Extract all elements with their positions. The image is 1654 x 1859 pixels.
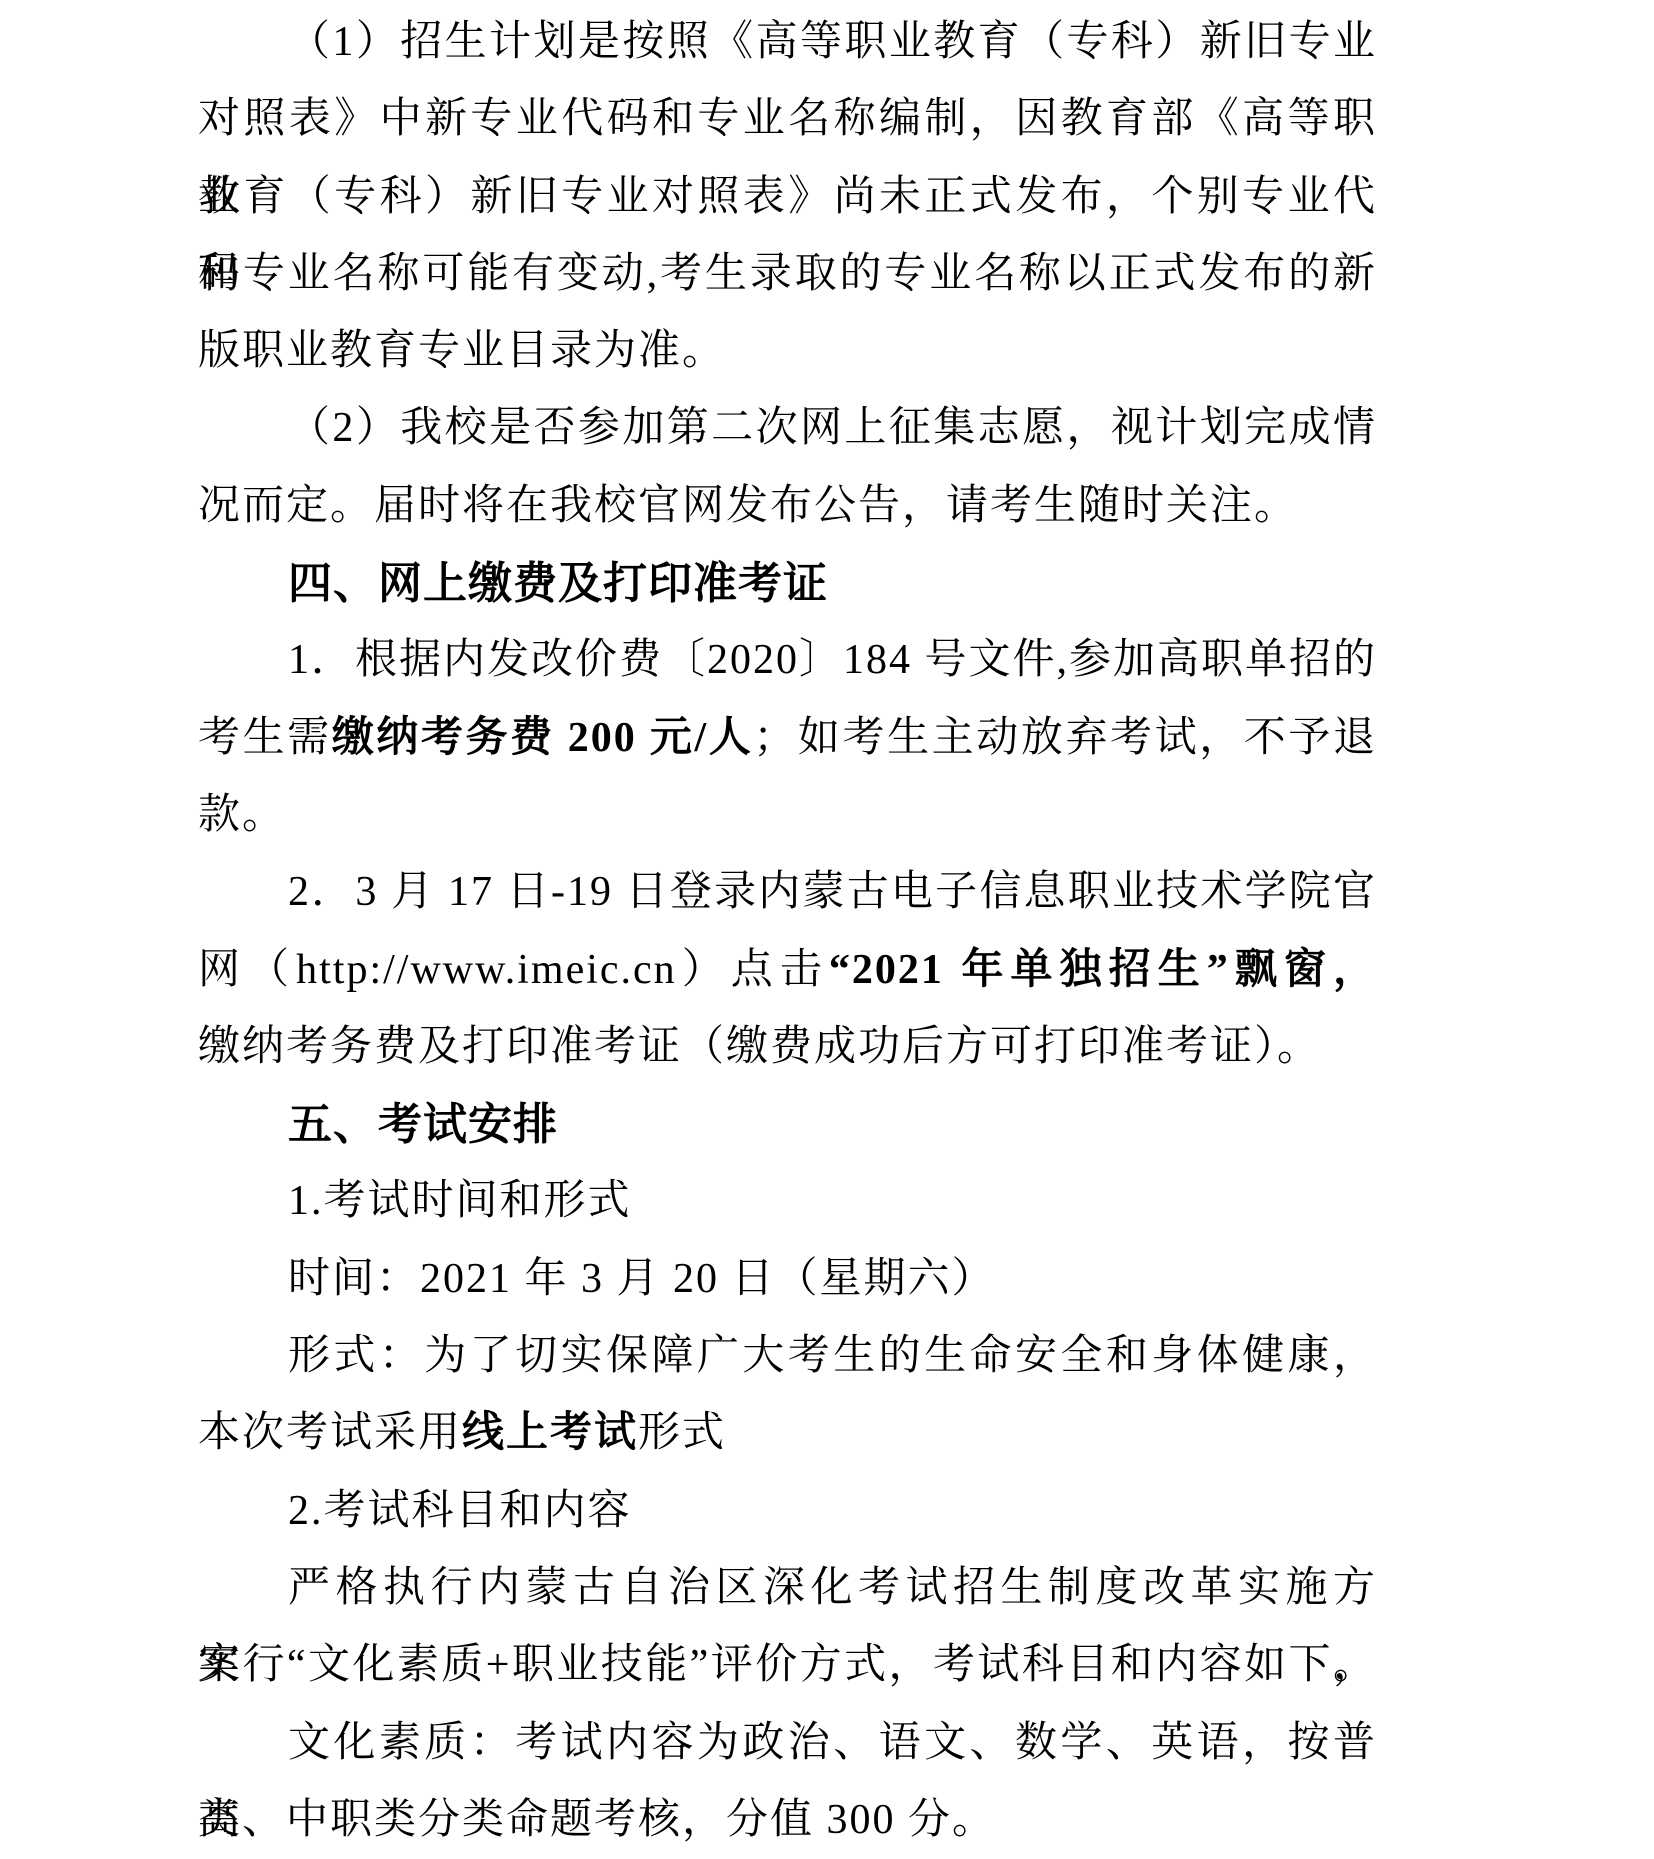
para2-line1: （2）我校是否参加第二次网上征集志愿，视计划完成情 [198, 390, 1377, 467]
para1-line4: 和专业名称可能有变动,考生录取的专业名称以正式发布的新 [198, 236, 1377, 313]
bold-text-segment: “2021 年单独招生”飘窗， [829, 947, 1377, 993]
para1-line3: 教育（专科）新旧专业对照表》尚未正式发布，个别专业代码 [198, 159, 1377, 236]
text-segment: 实行“文化素质+职业技能”评价方式，考试科目和内容如下。 [198, 1642, 1377, 1688]
para1-line1: （1）招生计划是按照《高等职业教育（专科）新旧专业 [198, 4, 1377, 81]
text-segment: 本次考试采用 [198, 1410, 462, 1456]
para3-line3: 款。 [198, 777, 1377, 854]
text-segment: 时间：2021 年 3 月 20 日（星期六） [288, 1256, 996, 1302]
text-segment: 款。 [198, 792, 286, 838]
para1-line2: 对照表》中新专业代码和专业名称编制，因教育部《高等职业 [198, 81, 1377, 158]
para4-line1: 2．3 月 17 日-19 日登录内蒙古电子信息职业技术学院官 [198, 854, 1377, 931]
text-segment: 形式 [638, 1410, 726, 1456]
form-line2: 本次考试采用线上考试形式 [198, 1395, 1377, 1472]
para4-line2: 网（http://www.imeic.cn）点击“2021 年单独招生”飘窗， [198, 932, 1377, 1009]
para1-line5: 版职业教育专业目录为准。 [198, 313, 1377, 390]
text-segment: 1．根据内发改价费〔2020〕184 号文件,参加高职单招的 [288, 637, 1377, 683]
para3-line2: 考生需缴纳考务费 200 元/人；如考生主动放弃考试，不予退 [198, 700, 1377, 777]
text-segment: 形式：为了切实保障广大考生的生命安全和身体健康， [288, 1333, 1377, 1379]
document-page: （1）招生计划是按照《高等职业教育（专科）新旧专业对照表》中新专业代码和专业名称… [0, 0, 1654, 1859]
para6-line2: 类、中职类分类命题考核，分值 300 分。 [198, 1782, 1377, 1859]
form-line1: 形式：为了切实保障广大考生的生命安全和身体健康， [198, 1318, 1377, 1395]
text-segment: ；如考生主动放弃考试，不予退 [753, 715, 1377, 761]
text-segment: 2.考试科目和内容 [288, 1488, 632, 1534]
text-segment: 1.考试时间和形式 [288, 1178, 632, 1224]
text-segment: 缴纳考务费及打印准考证（缴费成功后方可打印准考证）。 [198, 1024, 1321, 1070]
bold-text-segment: 缴纳考务费 200 元/人 [332, 715, 754, 761]
text-segment: 版职业教育专业目录为准。 [198, 328, 726, 374]
text-segment: 2．3 月 17 日-19 日登录内蒙古电子信息职业技术学院官 [288, 869, 1377, 915]
para6-line1: 文化素质：考试内容为政治、语文、数学、英语，按普高 [198, 1705, 1377, 1782]
para3-line1: 1．根据内发改价费〔2020〕184 号文件,参加高职单招的 [198, 622, 1377, 699]
item1-heading: 1.考试时间和形式 [198, 1163, 1377, 1240]
text-segment: 类、中职类分类命题考核，分值 300 分。 [198, 1797, 996, 1843]
text-segment: （2）我校是否参加第二次网上征集志愿，视计划完成情 [288, 405, 1377, 451]
bold-text-segment: 线上考试 [462, 1410, 638, 1456]
text-segment: （1）招生计划是按照《高等职业教育（专科）新旧专业 [288, 19, 1377, 65]
bold-text-segment: 五、考试安排 [288, 1100, 558, 1149]
para4-line3: 缴纳考务费及打印准考证（缴费成功后方可打印准考证）。 [198, 1009, 1377, 1086]
section5-heading: 五、考试安排 [198, 1086, 1377, 1163]
document-lines: （1）招生计划是按照《高等职业教育（专科）新旧专业对照表》中新专业代码和专业名称… [198, 4, 1377, 1859]
section4-heading: 四、网上缴费及打印准考证 [198, 545, 1377, 622]
item2-heading: 2.考试科目和内容 [198, 1473, 1377, 1550]
text-segment: 和专业名称可能有变动,考生录取的专业名称以正式发布的新 [198, 251, 1377, 297]
text-segment: 况而定。届时将在我校官网发布公告，请考生随时关注。 [198, 483, 1298, 529]
text-segment: 网（http://www.imeic.cn）点击 [198, 947, 829, 993]
time-line: 时间：2021 年 3 月 20 日（星期六） [198, 1241, 1377, 1318]
bold-text-segment: 四、网上缴费及打印准考证 [288, 559, 828, 608]
para2-line2: 况而定。届时将在我校官网发布公告，请考生随时关注。 [198, 468, 1377, 545]
para5-line1: 严格执行内蒙古自治区深化考试招生制度改革实施方案， [198, 1550, 1377, 1627]
para5-line2: 实行“文化素质+职业技能”评价方式，考试科目和内容如下。 [198, 1627, 1377, 1704]
text-segment: 考生需 [198, 715, 332, 761]
